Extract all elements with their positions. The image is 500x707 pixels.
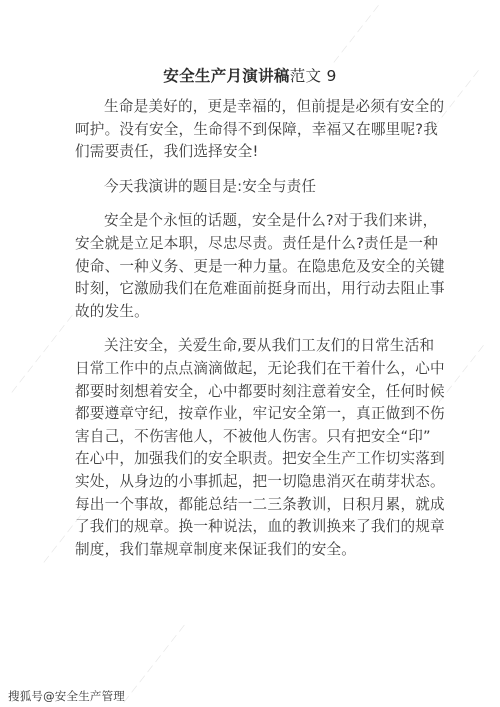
source-attribution: 搜狐号@安全生产管理 [8, 688, 125, 704]
text-line: 制度，我们靠规章制度来保证我们的安全。 [75, 539, 432, 562]
text-line: 关注安全，关爱生命,要从我们工友们的日常生活和 [75, 335, 432, 358]
text-line: 都要时刻想着安全，心中都要时刻注意着安全，任何时候 [75, 381, 432, 404]
text-line: 生命是美好的，更是幸福的，但前提是必须有安全的 [75, 96, 432, 119]
text-line: 时刻，它激励我们在危难面前挺身而出，用行动去阻止事 [75, 278, 432, 301]
text-line: 每出一个事故，都能总结一二三条教训，日积月累，就成 [75, 494, 432, 517]
paragraph-3: 安全是个永恒的话题，安全是什么?对于我们来讲， 安全就是立足本职，尽忠尽责。责任… [75, 210, 432, 323]
text-line: 们需要责任，我们选择安全! [75, 141, 432, 164]
watermark: — — — — — — — — — [8, 301, 85, 396]
document-title: 安全生产月演讲稿范文 9 [0, 64, 500, 86]
paragraph-1: 生命是美好的，更是幸福的，但前提是必须有安全的 呵护。没有安全，生命得不到保障，… [75, 96, 432, 164]
text-line: 日常工作中的点点滴滴做起，无论我们在干着什么，心中 [75, 358, 432, 381]
text-line: 在心中，加强我们的安全职责。把安全生产工作切实落到 [75, 448, 432, 471]
title-suffix: 范文 9 [290, 67, 337, 85]
watermark: — — — — — — — — [120, 622, 189, 707]
text-line: 使命、一种义务、更是一种力量。在隐患危及安全的关键 [75, 256, 432, 279]
text-line: 故的发生。 [75, 301, 432, 324]
text-line: 今天我演讲的题目是:安全与责任 [75, 176, 432, 199]
title-bold: 安全生产月演讲稿 [163, 67, 289, 85]
paragraph-2: 今天我演讲的题目是:安全与责任 [75, 176, 432, 199]
text-line: 呵护。没有安全，生命得不到保障，幸福又在哪里呢?我 [75, 119, 432, 142]
text-line: 害自己，不伤害他人，不被他人伤害。只有把安全“印” [75, 426, 432, 449]
text-line: 实处，从身边的小事抓起，把一切隐患消灭在萌芽状态。 [75, 471, 432, 494]
watermark: — — — — — — [330, 2, 383, 66]
text-line: 安全就是立足本职，尽忠尽责。责任是什么?责任是一种 [75, 233, 432, 256]
text-line: 都要遵章守纪，按章作业，牢记安全第一，真正做到不伤 [75, 403, 432, 426]
document-page: — — — — — — — — — — — — — — — — — — — — … [0, 0, 500, 707]
text-line: 了我们的规章。换一种说法，血的教训换来了我们的规章 [75, 516, 432, 539]
document-body: 生命是美好的，更是幸福的，但前提是必须有安全的 呵护。没有安全，生命得不到保障，… [75, 96, 432, 573]
text-line: 安全是个永恒的话题，安全是什么?对于我们来讲， [75, 210, 432, 233]
paragraph-4: 关注安全，关爱生命,要从我们工友们的日常生活和 日常工作中的点点滴滴做起，无论我… [75, 335, 432, 561]
